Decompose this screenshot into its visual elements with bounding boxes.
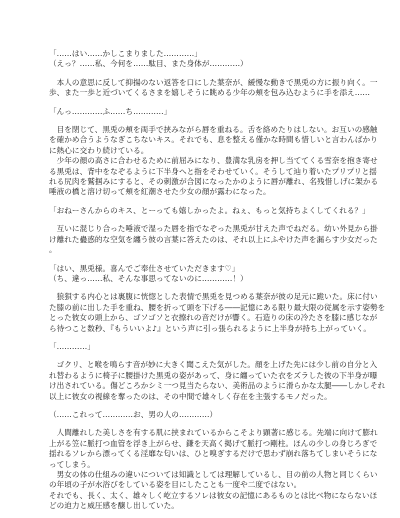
dialogue-block: 「はい、黒兎様。喜んでご奉仕させていただきます♡」 （ち、違っ……私、そんな事思… bbox=[49, 264, 352, 285]
dialogue-line: 「…………」 bbox=[49, 342, 352, 352]
dialogue-line: 「……はい……かしこまりました…………」 bbox=[49, 49, 352, 59]
narrative-paragraph: 人間離れした美しさを有する肌に挟まれているからこそより顕著に感じる。先端に向けて… bbox=[49, 428, 352, 470]
dialogue-line: 「はい、黒兎様。喜んでご奉仕させていただきます♡」 bbox=[49, 264, 352, 274]
paragraph-line: 狼狽する内心とは裏腹に恍惚とした表情で黒兎を見つめる葉奈が彼の足元に跪いた。床に… bbox=[49, 292, 352, 302]
paragraph-line: の年頃の子が水浴びをしている姿を目にしたことも一度や二度ではない。 bbox=[49, 480, 352, 490]
paragraph-line: 互いに混じり合った唾液で湿った唇を指でなぞった黒兎が甘えた声でねだる。幼い外見か… bbox=[49, 224, 352, 234]
dialogue-line: （……これって…………お、男の人の…………） bbox=[49, 410, 352, 420]
narrative-paragraph: 狼狽する内心とは裏腹に恍惚とした表情で黒兎を見つめる葉奈が彼の足元に跪いた。床に… bbox=[49, 292, 352, 334]
dialogue-line: 「おねーさんからのキス、とーっても嬉しかったよ。ねぇ、もっと気持ちよくしてくれる… bbox=[49, 206, 352, 216]
paragraph-line: ゴクリ、と喉を鳴らす音が妙に大きく聞こえた気がした。顔を上げた先には少し前の自分… bbox=[49, 360, 352, 370]
dialogue-line: 「んっ…………ふ……ち…………」 bbox=[49, 107, 352, 117]
paragraph-line: け出されている。傷どころかシミ一つ見当たらない、美術品のように滑らかな太腿――し… bbox=[49, 381, 352, 391]
dialogue-block: 「……はい……かしこまりました…………」 （えっ？……私、今何を……駄目、また身… bbox=[49, 49, 352, 70]
dialogue-block: 「んっ…………ふ……ち…………」 bbox=[49, 107, 352, 117]
paragraph-line: ら待つこと数秒、『もういいよ♪』という声に引っ張られるように上半身が持ち上がって… bbox=[49, 324, 352, 334]
paragraph-line: 揺れるソレから漂ってくる淫靡な匂いは、ひと嗅ぎするだけで思わず崩れ落ちてしまいそ… bbox=[49, 449, 352, 459]
paragraph-line: 。 bbox=[49, 245, 352, 255]
dialogue-line: （えっ？……私、今何を……駄目、また身体が…………） bbox=[49, 59, 352, 69]
paragraph-line: それでも、長く、太く、雄々しく屹立するソレは彼女の記憶にあるものとは比べ物になら… bbox=[49, 491, 352, 501]
narrative-paragraph: ゴクリ、と喉を鳴らす音が妙に大きく聞こえた気がした。顔を上げた先には少し前の自分… bbox=[49, 360, 352, 402]
paragraph-line: 歩、また一歩と近づいてくるさまを嬉しそうに眺める少年の頬を包み込むように手を添え… bbox=[49, 88, 352, 98]
narrative-paragraph: 本人の意思に反して抑揚のない返答を口にした葉奈が、緩慢な動きで黒兎の方に振り向く… bbox=[49, 78, 352, 99]
paragraph-line: 以上に彼女の視線を奪ったのは、その中間で雄々しく存在を主張するモノだった。 bbox=[49, 392, 352, 402]
paragraph-line: 人間離れした美しさを有する肌に挟まれているからこそより顕著に感じる。先端に向けて… bbox=[49, 428, 352, 438]
paragraph-line: 少年の顔の高さに合わせるために前屈みになり、豊満な乳房を押し当ててくる雪奈を抱き… bbox=[49, 156, 352, 166]
paragraph-line: け離れた蠱惑的な空気を纏う彼の言葉に答えたのは、それ以上にふやけた声を漏らす少女… bbox=[49, 235, 352, 245]
paragraph-line: どの迫力と威圧感を醸し出していた。 bbox=[49, 501, 352, 511]
paragraph-line: 本人の意思に反して抑揚のない返答を口にした葉奈が、緩慢な動きで黒兎の方に振り向く… bbox=[49, 78, 352, 88]
paragraph-line: れ替わるように椅子に腰掛けた黒兎の姿があって、身に纏っていた衣をズラした彼の下半… bbox=[49, 371, 352, 381]
dialogue-block: 「…………」 bbox=[49, 342, 352, 352]
paragraph-line: 男女の体の仕組みの違いについては知識としては理解しているし、目の前の人物と同じく… bbox=[49, 470, 352, 480]
narrative-paragraph: 男女の体の仕組みの違いについては知識としては理解しているし、目の前の人物と同じく… bbox=[49, 470, 352, 512]
paragraph-line: に熱心に交わり続けている。 bbox=[49, 146, 352, 156]
dialogue-line: （ち、違っ……私、そんな事思ってないのに…………！） bbox=[49, 274, 352, 284]
paragraph-line: 上がる笠に脈打つ血管を浮き上がらせ、鎌を天高く掲げて脈打つ剛柱。ほんの少しの身じ… bbox=[49, 439, 352, 449]
narrative-paragraph: 互いに混じり合った唾液で湿った唇を指でなぞった黒兎が甘えた声でねだる。幼い外見か… bbox=[49, 224, 352, 255]
paragraph-line: とった彼女の頭上から、ゴソゴソと衣擦れの音だけが響く。石造りの床の冷たさを膝に感… bbox=[49, 313, 352, 323]
paragraph-line: る黒兎は、背中をなぞるように下半身へと指をそわせていく。そうして辿り着いたプリプ… bbox=[49, 167, 352, 177]
paragraph-line: ってしまう。 bbox=[49, 460, 352, 470]
dialogue-block: 「おねーさんからのキス、とーっても嬉しかったよ。ねぇ、もっと気持ちよくしてくれる… bbox=[49, 206, 352, 216]
paragraph-line: 目を閉じて、黒兎の頬を両手で挟みながら唇を重ねる。舌を絡めたりはしない。お互いの… bbox=[49, 125, 352, 135]
paragraph-line: れる尻肉を鷲掴みにすると、その刺激が合図になったかのように唇が離れ、名残惜しげに… bbox=[49, 177, 352, 187]
narrative-paragraph: 目を閉じて、黒兎の頬を両手で挟みながら唇を重ねる。舌を絡めたりはしない。お互いの… bbox=[49, 125, 352, 198]
paragraph-line: を確かめ合うようなぎこちないキス。それでも、息を整える僅かな時間も惜しいと言わん… bbox=[49, 135, 352, 145]
paragraph-line: 唾液の橋と溶け切って頬を紅潮させた少女の顔が露わになった。 bbox=[49, 187, 352, 197]
document-page: 「……はい……かしこまりました…………」 （えっ？……私、今何を……駄目、また身… bbox=[49, 49, 352, 512]
dialogue-block: （……これって…………お、男の人の…………） bbox=[49, 410, 352, 420]
paragraph-line: た膝の前に出した手を重ね、腰を折って頭を下げる――記憶にある限り最大限の従属を示… bbox=[49, 303, 352, 313]
